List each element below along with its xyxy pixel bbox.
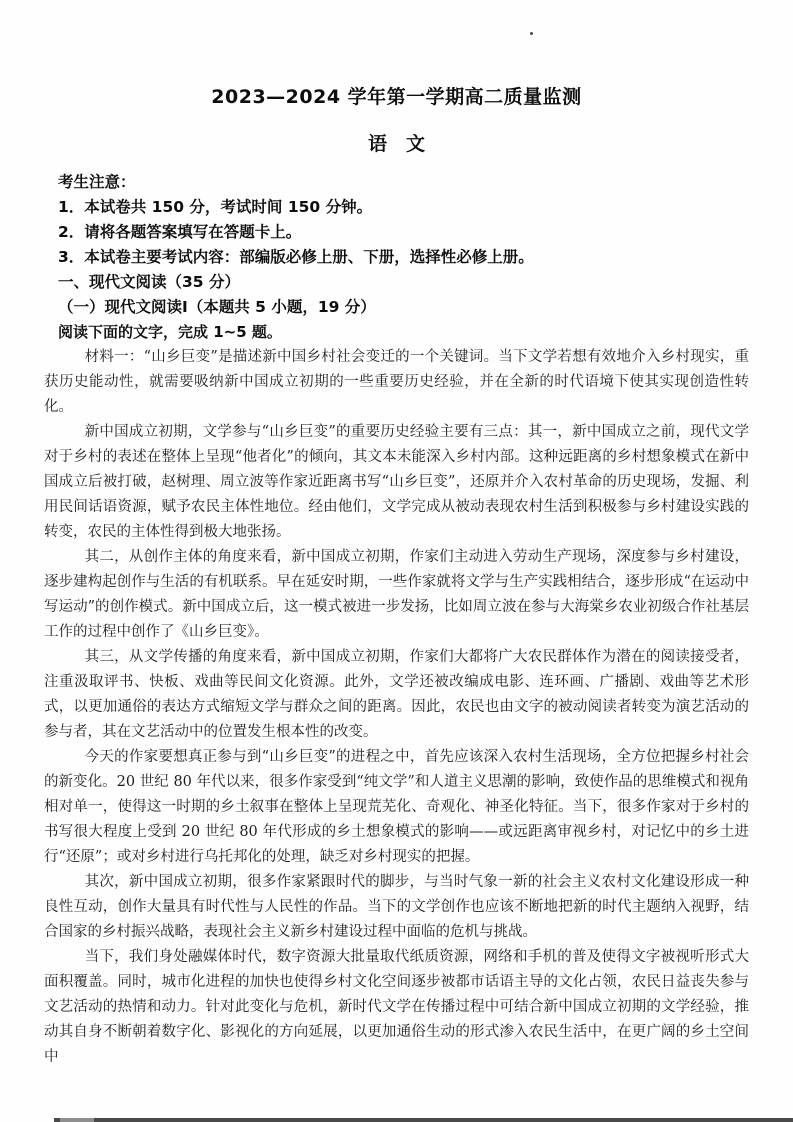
scan-dot-artifact [530, 32, 533, 35]
notice-heading: 考生注意： [58, 170, 753, 195]
reading-passage: 材料一：“山乡巨变”是描述新中国乡村社会变迁的一个关键词。当下文学若想有效地介入… [44, 345, 749, 1070]
notice-item-2: 2．请将各题答案填写在答题卡上。 [58, 220, 753, 245]
notice-item-3: 3．本试卷主要考试内容：部编版必修上册、下册，选择性必修上册。 [58, 245, 753, 270]
passage-paragraph-1: 材料一：“山乡巨变”是描述新中国乡村社会变迁的一个关键词。当下文学若想有效地介入… [44, 345, 749, 420]
section-one-sub-heading: （一）现代文阅读Ⅰ（本题共 5 小题，19 分） [58, 295, 753, 320]
exam-paper-page: 2023—2024 学年第一学期高二质量监测 语 文 考生注意： 1．本试卷共 … [0, 0, 793, 1122]
passage-paragraph-6: 其次，新中国成立初期，很多作家紧跟时代的脚步，与当时气象一新的社会主义农村文化建… [44, 870, 749, 945]
passage-paragraph-5: 今天的作家要想真正参与到“山乡巨变”的进程之中，首先应该深入农村生活现场，全方位… [44, 745, 749, 870]
candidate-notice-block: 考生注意： 1．本试卷共 150 分，考试时间 150 分钟。 2．请将各题答案… [58, 170, 753, 270]
passage-paragraph-3: 其二，从创作主体的角度来看，新中国成立初期，作家们主动进入劳动生产现场，深度参与… [44, 545, 749, 645]
scan-edge-highlight [60, 1118, 94, 1122]
passage-paragraph-7: 当下，我们身处融媒体时代，数字资源大批量取代纸质资源，网络和手机的普及使得文字被… [44, 945, 749, 1070]
passage-paragraph-2: 新中国成立初期，文学参与“山乡巨变”的重要历史经验主要有三点：其一，新中国成立之… [44, 420, 749, 545]
reading-instruction: 阅读下面的文字，完成 1~5 题。 [58, 320, 753, 345]
section-headings: 一、现代文阅读（35 分） （一）现代文阅读Ⅰ（本题共 5 小题，19 分） 阅… [58, 270, 753, 345]
exam-title: 2023—2024 学年第一学期高二质量监测 [0, 84, 793, 110]
exam-subject: 语 文 [0, 131, 793, 157]
section-one-heading: 一、现代文阅读（35 分） [58, 270, 753, 295]
scan-bottom-edge-artifact [54, 1118, 793, 1122]
passage-paragraph-4: 其三，从文学传播的角度来看，新中国成立初期，作家们大都将广大农民群体作为潜在的阅… [44, 645, 749, 745]
notice-item-1: 1．本试卷共 150 分，考试时间 150 分钟。 [58, 195, 753, 220]
